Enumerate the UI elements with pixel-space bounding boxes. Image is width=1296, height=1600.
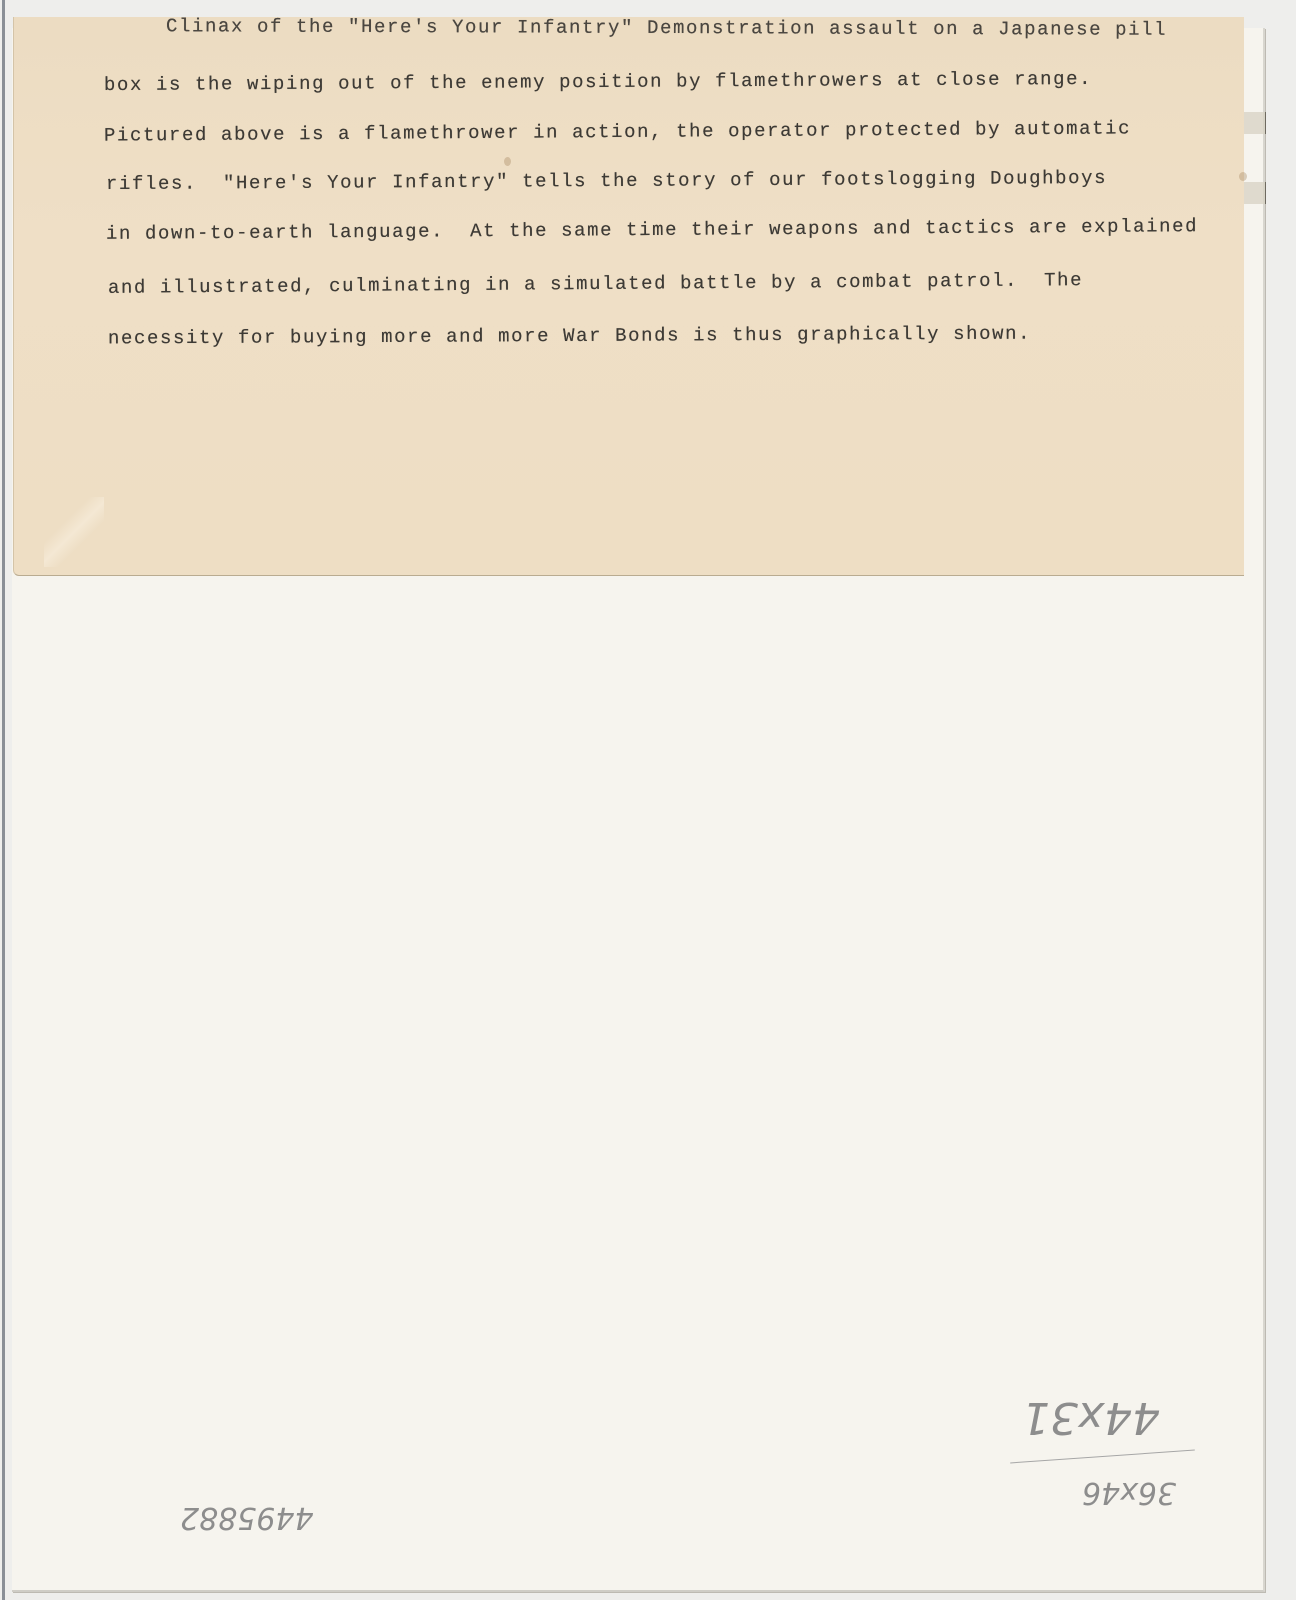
tape-strip-lower [1243, 182, 1266, 204]
paper-fold-mark [44, 497, 104, 567]
handwritten-crop-size-top: 44x31 [1022, 1392, 1160, 1443]
caption-line-5: in down-to-earth language. At the same t… [106, 215, 1198, 245]
caption-line-7: necessity for buying more and more War B… [108, 323, 1031, 350]
handwritten-inventory-number: 4495882 [180, 1500, 314, 1535]
caption-line-2: box is the wiping out of the enemy posit… [104, 68, 1092, 96]
caption-line-1: Clinax of the "Here's Your Infantry" Dem… [166, 15, 1167, 40]
caption-line-4: rifles. "Here's Your Infantry" tells the… [106, 167, 1107, 195]
caption-snipe: Clinax of the "Here's Your Infantry" Dem… [13, 17, 1244, 576]
stain-spot [504, 157, 511, 166]
caption-line-3: Pictured above is a flamethrower in acti… [104, 117, 1131, 146]
tape-strip-upper [1243, 112, 1266, 134]
handwritten-crop-size-bottom: 36x46 [1082, 1475, 1176, 1510]
caption-line-6: and illustrated, culminating in a simula… [108, 269, 1083, 299]
stain-spot [1239, 172, 1247, 181]
scanner-edge [2, 0, 5, 1600]
